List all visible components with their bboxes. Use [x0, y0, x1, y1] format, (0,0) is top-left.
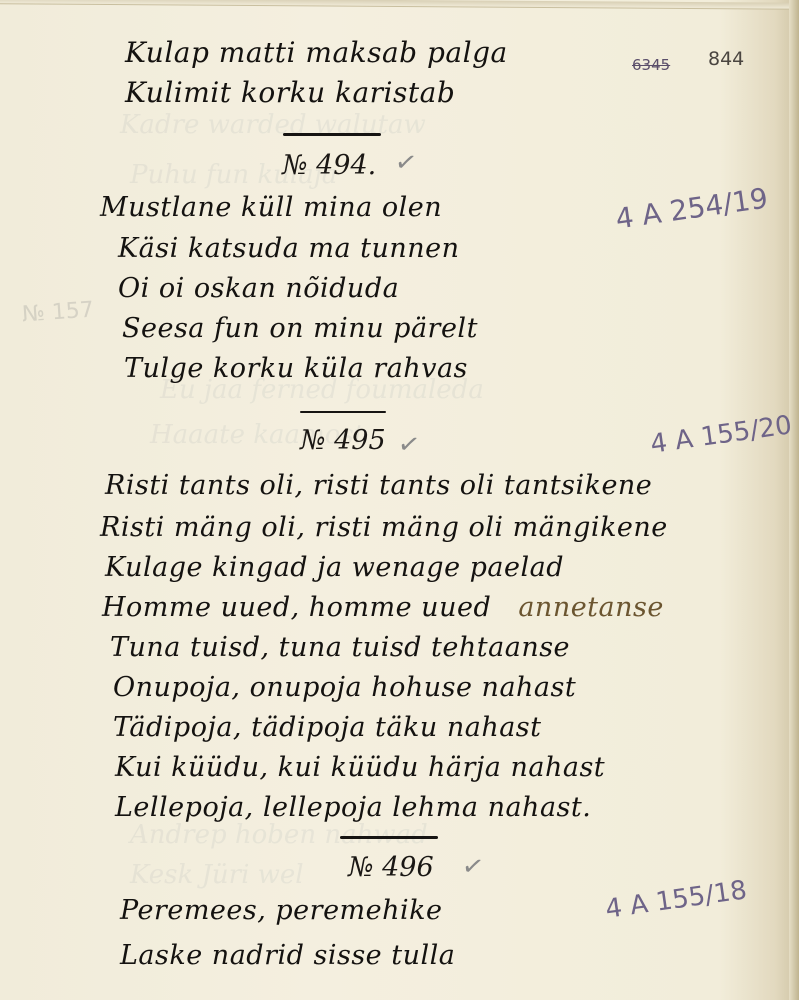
- paper-top-edge: [0, 0, 799, 10]
- check-mark-icon: ✓: [396, 428, 423, 461]
- bleed-through-text: Kesk Jüri wel: [130, 860, 304, 890]
- verse-line: Tädipoja, tädipoja täku nahast: [113, 712, 542, 743]
- song-number: № 496: [348, 852, 434, 883]
- verse-line: Mustlane küll mina olen: [100, 192, 442, 223]
- section-divider: [283, 133, 381, 136]
- verse-line-text: Homme uued, homme uued: [102, 592, 491, 623]
- manuscript-page: Kadre warded walutaw Puhu fun kulaja Eu …: [0, 0, 799, 1000]
- verse-line: Seesa fun on minu pärelt: [122, 313, 478, 344]
- section-divider: [340, 836, 438, 839]
- archive-reference: 4 A 155/18: [604, 875, 749, 925]
- bleed-through-text: Andrep hoben nahwad: [130, 820, 428, 850]
- verse-line: Tulge korku küla rahvas: [124, 353, 468, 384]
- verse-line: Risti mäng oli, risti mäng oli mängikene: [100, 512, 668, 543]
- verse-line: Kulimit korku karistab: [125, 76, 455, 109]
- verse-line: Kulap matti maksab palga: [125, 36, 508, 69]
- brown-ink-addition: annetanse: [518, 592, 664, 623]
- margin-pencil-mark: № 157: [21, 298, 94, 328]
- archive-reference: 4 A 155/20: [649, 410, 794, 460]
- song-number: № 494.: [282, 150, 376, 181]
- song-number: № 495: [300, 425, 386, 456]
- verse-line: Peremees, peremehike: [120, 895, 443, 926]
- verse-line: Kulage kingad ja wenage paelad: [105, 552, 564, 583]
- paper-right-edge: [789, 0, 799, 1000]
- check-mark-icon: ✓: [393, 146, 420, 179]
- verse-line: Tuna tuisd, tuna tuisd tehtaanse: [110, 632, 570, 663]
- page-number: 844: [708, 48, 744, 70]
- verse-line: Risti tants oli, risti tants oli tantsik…: [105, 470, 652, 501]
- page-number-crossed: 6345: [632, 56, 670, 74]
- archive-reference: 4 A 254/19: [613, 181, 769, 235]
- verse-line: Käsi katsuda ma tunnen: [118, 233, 460, 264]
- section-divider: [300, 411, 386, 413]
- verse-line: Laske nadrid sisse tulla: [120, 940, 455, 971]
- check-mark-icon: ✓: [460, 850, 487, 883]
- verse-line: Oi oi oskan nõiduda: [118, 273, 399, 304]
- verse-line: Kui küüdu, kui küüdu härja nahast: [115, 752, 605, 783]
- verse-line: Lellepoja, lellepoja lehma nahast.: [115, 792, 591, 823]
- verse-line: Onupoja, onupoja hohuse nahast: [113, 672, 576, 703]
- verse-line: Homme uued, homme uued annetanse: [102, 592, 664, 623]
